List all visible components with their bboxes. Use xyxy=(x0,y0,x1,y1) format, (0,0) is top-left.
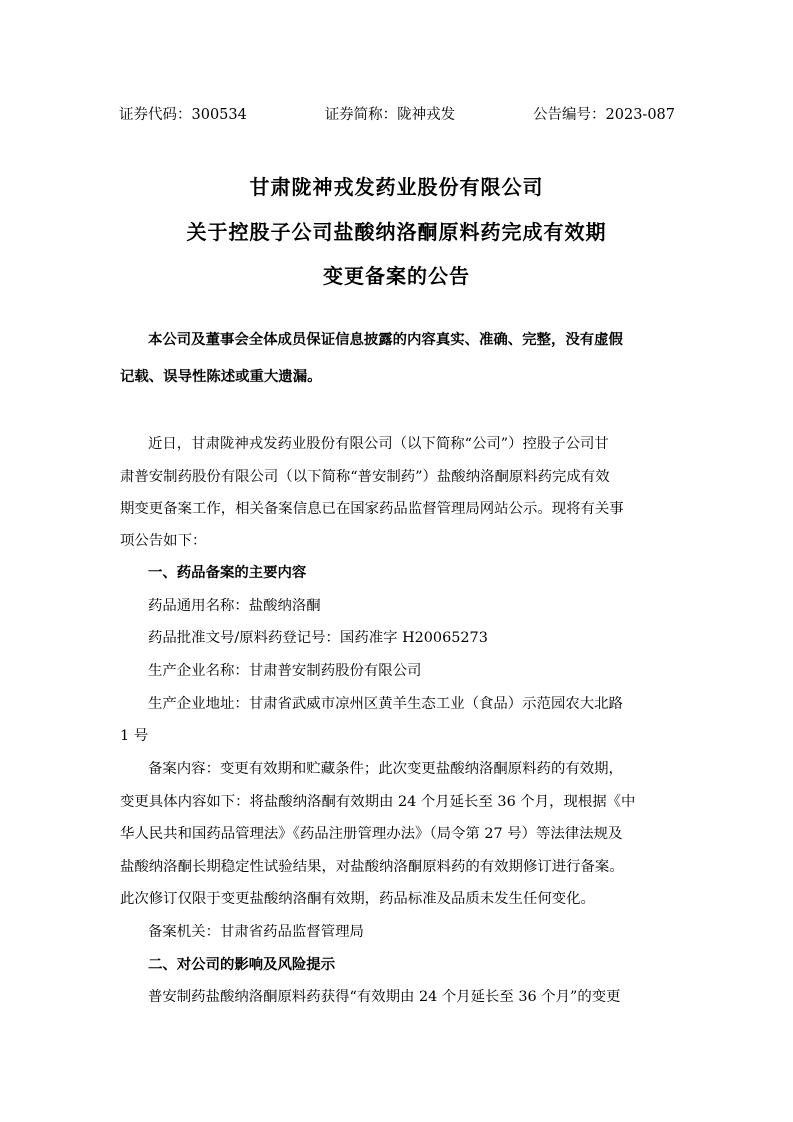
manufacturer-name: 生产企业名称：甘肃普安制药股份有限公司 xyxy=(120,655,676,687)
paragraph-line: 肃普安制药股份有限公司（以下简称“普安制药”）盐酸纳洛酮原料药完成有效 xyxy=(120,461,676,493)
paragraph-line: 普安制药盐酸纳洛酮原料药获得“有效期由 24 个月延长至 36 个月”的变更 xyxy=(120,981,676,1013)
filing-content: 变更具体内容如下：将盐酸纳洛酮有效期由 24 个月延长至 36 个月，现根据《中 xyxy=(120,786,676,818)
section-heading: 二、对公司的影响及风险提示 xyxy=(120,949,676,981)
title-line-3: 变更备案的公告 xyxy=(0,260,793,289)
section-heading: 一、药品备案的主要内容 xyxy=(120,557,676,589)
statement-line: 记载、误导性陈述或重大遗漏。 xyxy=(120,361,676,393)
approval-number: 药品批准文号/原料药登记号：国药准字 H20065273 xyxy=(120,622,676,654)
paragraph-line: 近日，甘肃陇神戎发药业股份有限公司（以下简称“公司”）控股子公司甘 xyxy=(120,428,676,460)
filing-authority: 备案机关：甘肃省药品监督管理局 xyxy=(120,916,676,948)
document-header: 证券代码：300534 证券简称：陇神戎发 公告编号：2023-087 xyxy=(119,101,675,125)
paragraph-line: 期变更备案工作，相关备案信息已在国家药品监督管理局网站公示。现将有关事 xyxy=(120,493,676,525)
stock-abbreviation: 证券简称：陇神戎发 xyxy=(325,103,456,124)
paragraph-line: 项公告如下： xyxy=(120,525,676,557)
filing-content: 盐酸纳洛酮长期稳定性试验结果，对盐酸纳洛酮原料药的有效期修订进行备案。 xyxy=(120,851,676,883)
filing-content: 华人民共和国药品管理法》《药品注册管理办法》（局令第 27 号）等法律法规及 xyxy=(120,818,676,850)
filing-content: 此次修订仅限于变更盐酸纳洛酮有效期，药品标准及品质未发生任何变化。 xyxy=(120,883,676,915)
filing-content: 备案内容：变更有效期和贮藏条件；此次变更盐酸纳洛酮原料药的有效期， xyxy=(120,753,676,785)
manufacturer-address: 生产企业地址：甘肃省武威市凉州区黄羊生态工业（食品）示范园农大北路 xyxy=(120,688,676,720)
title-line-1: 甘肃陇神戎发药业股份有限公司 xyxy=(0,171,793,200)
drug-name: 药品通用名称：盐酸纳洛酮 xyxy=(120,590,676,622)
statement-line: 本公司及董事会全体成员保证信息披露的内容真实、准确、完整，没有虚假 xyxy=(120,324,676,356)
manufacturer-address: 1 号 xyxy=(120,720,676,752)
stock-code: 证券代码：300534 xyxy=(119,103,247,124)
title-line-2: 关于控股子公司盐酸纳洛酮原料药完成有效期 xyxy=(0,216,793,245)
announcement-number: 公告编号：2023-087 xyxy=(533,103,675,124)
